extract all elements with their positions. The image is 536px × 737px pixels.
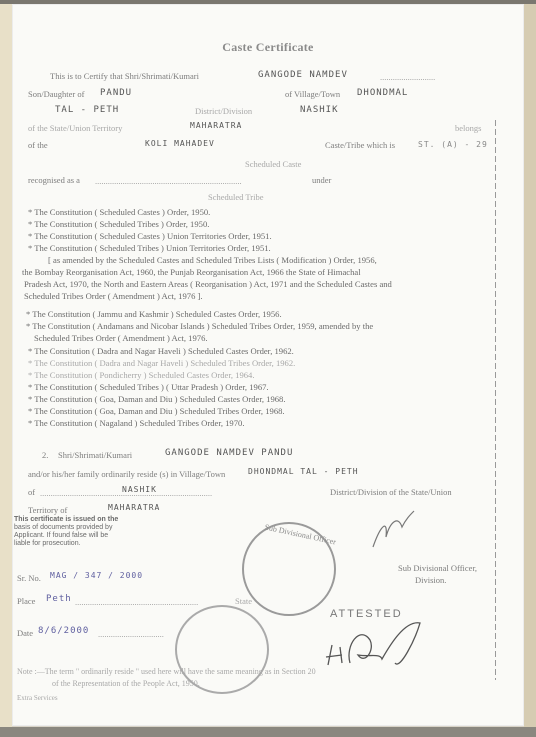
para2-number: 2.: [42, 450, 48, 460]
amendment-line: the Bombay Reorganisation Act, 1960, the…: [22, 267, 361, 277]
territory-label: Territory of: [28, 505, 67, 515]
paper-left-edge: [0, 0, 12, 737]
warning-line: This certificate is issued on the: [14, 516, 118, 524]
order-item: * The Constitution ( Scheduled Tribes ) …: [28, 243, 271, 253]
amendment-line: Pradesh Act, 1970, the North and Eastern…: [24, 279, 392, 289]
order-item: * The Constitution ( Andamans and Nicoba…: [26, 321, 373, 331]
order-item: * The Constitution ( Pondicherry ) Sched…: [28, 370, 254, 380]
date-value: 8/6/2000: [38, 626, 89, 636]
caste-code: ST. (A) - 29: [418, 140, 488, 149]
serial-number-value: MAG / 347 / 2000: [50, 571, 143, 580]
reside-label: and/or his/her family ordinarily reside …: [28, 469, 225, 479]
dotted-fill: ........................................…: [95, 176, 242, 186]
paper-right-edge: [524, 0, 536, 737]
order-item: Scheduled Tribes Order ( Amendment ) Act…: [34, 333, 208, 343]
state-value: MAHARATRA: [190, 121, 242, 130]
order-item: * The Constitution ( Goa, Daman and Diu …: [28, 406, 285, 416]
dotted-fill: ........................................…: [75, 597, 198, 607]
caste-value: KOLI MAHADEV: [145, 139, 215, 148]
amendment-line: [ as amended by the Scheduled Castes and…: [48, 255, 377, 265]
recognised-label: recognised as a: [28, 175, 80, 185]
scan-bottom-border: [0, 727, 536, 737]
order-item: * The Constitution ( Goa, Daman and Diu …: [28, 394, 286, 404]
dotted-fill: ..........................: [380, 72, 435, 82]
note-line: Extra Services: [17, 694, 58, 702]
scheduled-caste-label: Scheduled Caste: [245, 159, 301, 169]
state-footer-label: State: [235, 596, 252, 606]
order-item: * The Constitution ( Scheduled Tribes ) …: [28, 219, 209, 229]
order-item: * The Constitution ( Scheduled Tribes ) …: [28, 382, 269, 392]
officer-division: Division.: [415, 575, 446, 585]
order-item: * The Constitution ( Dadra and Nagar Hav…: [28, 358, 295, 368]
attestation-signature: [320, 615, 430, 675]
taluka-value: TAL - PETH: [55, 105, 119, 115]
village-value: DHONDMAL: [357, 88, 408, 98]
caste-tribe-label: Caste/Tribe which is: [325, 140, 395, 150]
district-division-label: District/Division of the State/Union: [330, 487, 452, 497]
of-the-label: of the: [28, 140, 48, 150]
para2-district: NASHIK: [122, 485, 157, 494]
order-item: * The Consitution ( Dadra and Nagar Have…: [28, 346, 294, 356]
fold-line: [495, 120, 496, 680]
order-item: * The Constitution ( Nagaland ) Schedule…: [28, 418, 244, 428]
certify-label: This is to Certify that Shri/Shrimati/Ku…: [50, 71, 199, 81]
scheduled-tribe-label: Scheduled Tribe: [208, 192, 264, 202]
reside-village: DHONDMAL TAL - PETH: [248, 467, 359, 476]
order-item: * The Constitution ( Jammu and Kashmir )…: [26, 309, 282, 319]
place-value: Peth: [46, 594, 72, 604]
amendment-line: Scheduled Tribes Order ( Amendment ) Act…: [24, 291, 203, 301]
village-label: of Village/Town: [285, 89, 340, 99]
state-label: of the State/Union Territory: [28, 123, 122, 133]
dotted-fill: ...............................: [98, 629, 164, 639]
para2-name: GANGODE NAMDEV PANDU: [165, 448, 293, 458]
officer-title: Sub Divisional Officer,: [398, 563, 477, 573]
note-line: Note :—The term " ordinarily reside " us…: [17, 667, 316, 676]
officer-signature: [368, 507, 418, 552]
district-value: NASHIK: [300, 105, 339, 115]
territory-value: MAHARATRA: [108, 503, 160, 512]
document-title: Caste Certificate: [0, 40, 536, 55]
warning-line: basis of documents provided by: [14, 524, 112, 532]
warning-line: liable for prosecution.: [14, 540, 81, 548]
son-daughter-label: Son/Daughter of: [28, 89, 84, 99]
order-item: * The Constitution ( Scheduled Castes ) …: [28, 231, 272, 241]
district-label: District/Division: [195, 106, 252, 116]
order-item: * The Constitution ( Scheduled Castes ) …: [28, 207, 210, 217]
belongs-label: belongs: [455, 123, 481, 133]
serial-number-label: Sr. No.: [17, 573, 41, 583]
of-label: of: [28, 487, 35, 497]
warning-line: Applicant. If found false will be: [14, 532, 108, 540]
para2-label: Shri/Shrimati/Kumari: [58, 450, 132, 460]
candidate-name: GANGODE NAMDEV: [258, 70, 348, 80]
date-label: Date: [17, 628, 33, 638]
place-label: Place: [17, 596, 35, 606]
father-name: PANDU: [100, 88, 132, 98]
note-line: of the Representation of the People Act,…: [52, 679, 200, 688]
under-label: under: [312, 175, 331, 185]
official-seal-stamp: Sub Divisional Officer: [242, 522, 336, 616]
